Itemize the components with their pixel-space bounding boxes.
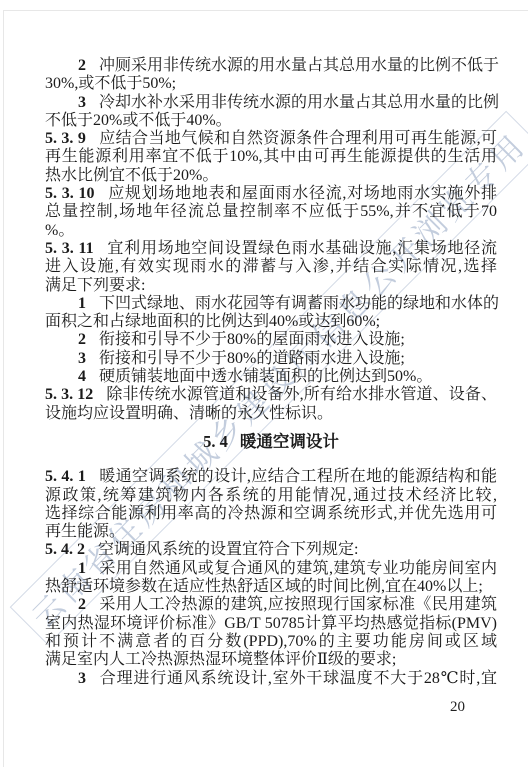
text-line: 进入设施,有效实现雨水的滞蓄与入渗,并结合实际情况,选择 [45,258,497,276]
text-line: 面积之和占绿地面积的比例达到40%或达到60%; [45,313,497,331]
section-5-3-lines: 2冲厕采用非传统水源的用水量占其总用水量的比例不低于30%,或不低于50%;3冷… [45,57,497,423]
text-line: 2采用人工冷热源的建筑,应按照现行国家标准《民用建筑 [45,596,497,614]
text-line: 满足室内人工冷热源热湿环境整体评价Ⅱ级的要求; [45,651,497,669]
clause-number: 5. 4. 2 [45,541,85,558]
text-line: 2衔接和引导不少于80%的屋面雨水进入设施; [45,331,497,349]
clause-number: 2 [78,331,86,348]
clause-number: 1 [78,295,86,312]
text-line: 2冲厕采用非传统水源的用水量占其总用水量的比例不低于 [45,57,497,75]
text-line: 源政策,统筹建筑物内各系统的用能情况,通过技术经济比较, [45,487,497,505]
text-line: 热舒适环境参数在适应性热舒适区域的时间比例,宜在40%以上; [45,578,497,596]
clause-number: 2 [78,57,86,74]
clause-number: 5. 3. 9 [45,130,86,147]
section-heading-number: 5. 4 [203,432,228,451]
page-edge-left [3,10,4,767]
text-line: 3合理进行通风系统设计,室外干球温度不大于28℃时,宜 [45,670,497,688]
text-line: 3冷却水补水采用非传统水源的用水量占其总用水量的比例 [45,94,497,112]
section-5-4-lines: 5. 4. 1暖通空调系统的设计,应结合工程所在地的能源结构和能源政策,统筹建筑… [45,468,497,688]
text-line: 5. 4. 2空调通风系统的设置宜符合下列规定: [45,541,497,559]
text-line: %。 [45,222,497,240]
text-line: 再生能源利用率宜不低于10%,其中由可再生能源提供的生活用 [45,148,497,166]
document-page: 云南省住房和城乡建设厅信息公开浏览专用 2冲厕采用非传统水源的用水量占其总用水量… [0,0,528,767]
text-line: 设施均应设置明确、清晰的永久性标识。 [45,405,497,423]
text-line: 室内热湿环境评价标准》GB/T 50785计算平均热感觉指标(PMV) [45,615,497,633]
text-line: 总量控制,场地年径流总量控制率不应低于55%,并不宜低于70 [45,203,497,221]
clause-number: 3 [78,670,86,687]
clause-number: 5. 3. 10 [45,185,94,202]
text-line: 和预计不满意者的百分数(PPD),70%的主要功能房间或区域 [45,633,497,651]
text-line: 3衔接和引导不少于80%的道路雨水进入设施; [45,350,497,368]
text-line: 满足下列要求: [45,277,497,295]
text-line: 5. 3. 10应规划场地地表和屋面雨水径流,对场地雨水实施外排 [45,185,497,203]
text-line: 不低于20%或不低于40%。 [45,112,497,130]
text-line: 5. 3. 9应结合当地气候和自然资源条件合理利用可再生能源,可 [45,130,497,148]
page-number: 20 [450,699,465,716]
section-heading-title: 暖通空调设计 [240,432,339,451]
section-heading: 5. 4暖通空调设计 [45,433,497,451]
clause-number: 5. 4. 1 [45,468,86,485]
text-line: 1下凹式绿地、雨水花园等有调蓄雨水功能的绿地和水体的 [45,295,497,313]
text-line: 4硬质铺装地面中透水铺装面积的比例达到50%。 [45,368,497,386]
text-line: 选择综合能源利用率高的冷热源和空调系统形式,并优先选用可 [45,505,497,523]
text-line: 再生能源。 [45,523,497,541]
clause-number: 4 [78,368,86,385]
text-line: 5. 4. 1暖通空调系统的设计,应结合工程所在地的能源结构和能 [45,468,497,486]
document-body: 2冲厕采用非传统水源的用水量占其总用水量的比例不低于30%,或不低于50%;3冷… [45,57,497,688]
text-line: 热水比例宜不低于20%。 [45,167,497,185]
clause-number: 5. 3. 12 [45,386,93,403]
clause-number: 3 [78,94,86,111]
clause-number: 1 [78,560,86,577]
text-line: 1采用自然通风或复合通风的建筑,建筑专业功能房间室内 [45,560,497,578]
clause-number: 3 [78,350,86,367]
page-edge-top [3,10,528,11]
text-line: 30%,或不低于50%; [45,75,497,93]
text-line: 5. 3. 12除非传统水源管道和设备外,所有给水排水管道、设备、 [45,386,497,404]
clause-number: 2 [78,596,86,613]
text-line: 5. 3. 11宜利用场地空间设置绿色雨水基础设施,汇集场地径流 [45,240,497,258]
clause-number: 5. 3. 11 [45,240,94,257]
